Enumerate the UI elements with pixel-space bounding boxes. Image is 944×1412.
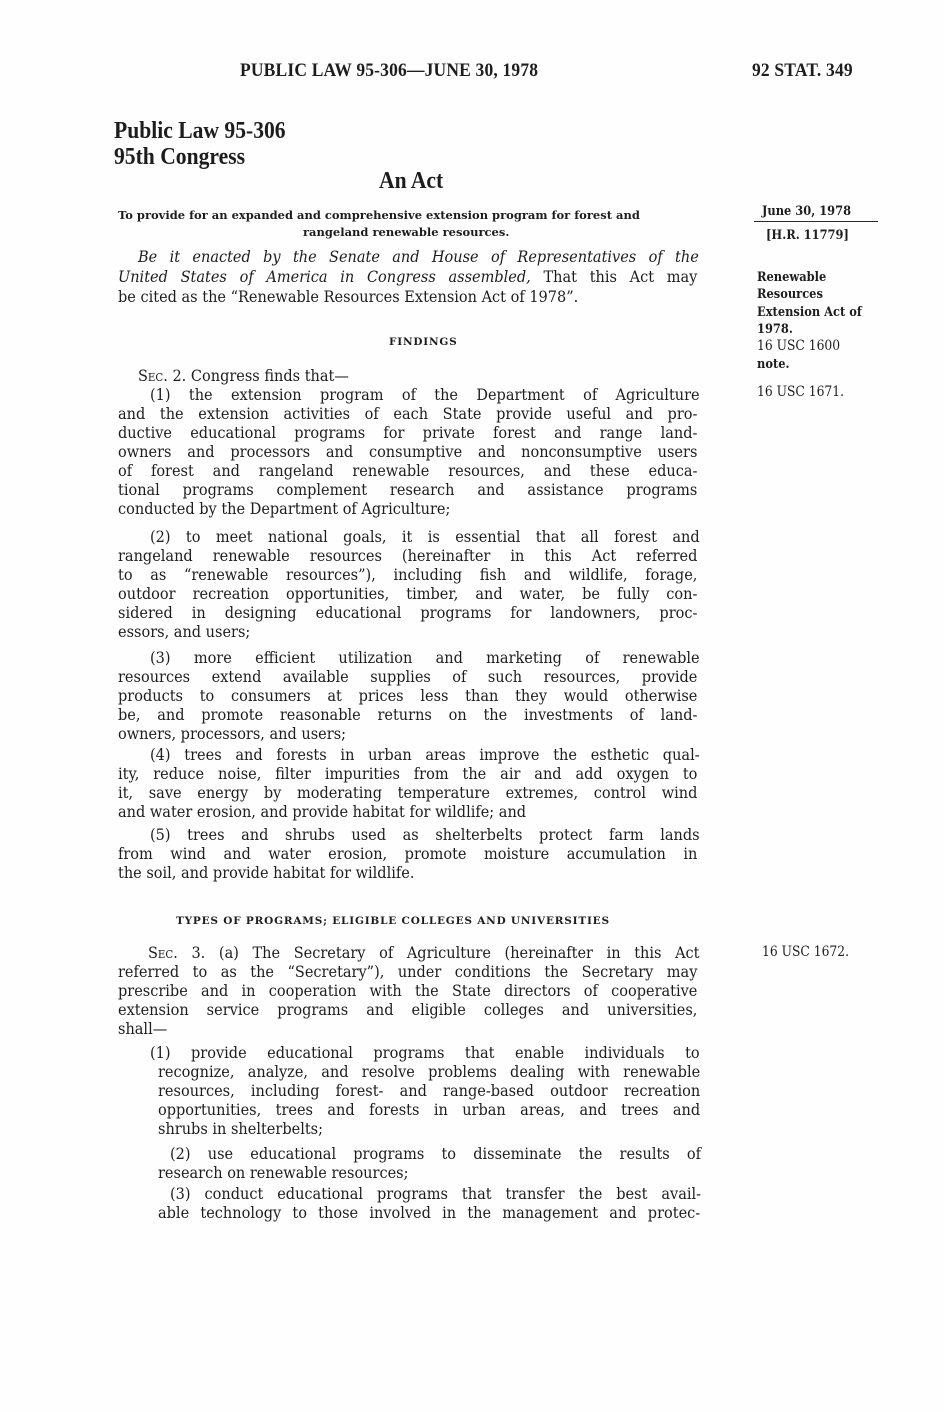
margin-bill-number: [H.R. 11779] (766, 227, 849, 244)
findings-line: the soil, and provide habitat for wildli… (118, 864, 697, 883)
findings-line: and the extension activities of each Sta… (118, 405, 697, 424)
sec3-line: prescribe and in cooperation with the St… (118, 982, 697, 1001)
findings-line: (1) the extension program of the Departm… (150, 386, 700, 405)
sec3-line: (2) use educational programs to dissemin… (170, 1145, 701, 1164)
findings-line: outdoor recreation opportunities, timber… (118, 585, 697, 604)
purpose-line-1: To provide for an expanded and comprehen… (118, 208, 640, 222)
sec3-line: (3) conduct educational programs that tr… (170, 1185, 701, 1204)
findings-line: (3) more efficient utilization and marke… (150, 649, 700, 668)
sec3-line: opportunities, trees and forests in urba… (158, 1101, 700, 1120)
findings-line: of forest and rangeland renewable resour… (118, 462, 697, 481)
findings-line: it, save energy by moderating temperatur… (118, 784, 697, 803)
findings-line: conducted by the Department of Agricultu… (118, 500, 697, 519)
act-heading: An Act (379, 168, 443, 195)
sec3-line: referred to as the “Secretary”), under c… (118, 963, 697, 982)
sec3-line: research on renewable resources; (158, 1164, 700, 1183)
margin-usc-note-1: 16 USC 1600 (757, 338, 840, 355)
margin-short-title-2: Resources (757, 286, 823, 303)
congress-label: 95th Congress (114, 143, 245, 171)
sec2-intro: Sec. 2. Congress finds that— (138, 367, 717, 386)
findings-line: and water erosion, and provide habitat f… (118, 803, 697, 822)
findings-line: sidered in designing educational program… (118, 604, 697, 623)
sec3-label: Sec. 3. (148, 944, 205, 962)
sec3-line: shrubs in shelterbelts; (158, 1120, 700, 1139)
enacting-clause-line-1: Be it enacted by the Senate and House of… (138, 248, 699, 267)
sec3-line: able technology to those involved in the… (158, 1204, 700, 1223)
margin-short-title-3: Extension Act of (757, 304, 862, 321)
document-page: PUBLIC LAW 95-306—JUNE 30, 1978 92 STAT.… (0, 0, 944, 1412)
findings-line: ity, reduce noise, filter impurities fro… (118, 765, 697, 784)
findings-line: (2) to meet national goals, it is essent… (150, 528, 700, 547)
sec3-line: recognize, analyze, and resolve problems… (158, 1063, 700, 1082)
findings-line: tional programs complement research and … (118, 481, 697, 500)
findings-line: to as “renewable resources”), including … (118, 566, 697, 585)
findings-line: be, and promote reasonable returns on th… (118, 706, 697, 725)
public-law-number: Public Law 95-306 (114, 117, 286, 145)
findings-line: essors, and users; (118, 623, 697, 642)
sec3-first-line: Sec. 3. (a) The Secretary of Agriculture… (148, 944, 699, 963)
margin-date: June 30, 1978 (762, 203, 851, 220)
enacting-clause-text: That this Act may (531, 268, 698, 286)
purpose-line-2: rangeland renewable resources. (303, 225, 509, 239)
margin-date-rule (754, 221, 878, 222)
findings-line: products to consumers at prices less tha… (118, 687, 697, 706)
margin-short-title-4: 1978. (757, 321, 793, 338)
sec3-line: resources, including forest- and range-b… (158, 1082, 700, 1101)
short-title-line: be cited as the “Renewable Resources Ext… (118, 288, 697, 307)
sec3-line: extension service programs and eligible … (118, 1001, 697, 1020)
findings-line: ductive educational programs for private… (118, 424, 697, 443)
findings-line: owners, processors, and users; (118, 725, 697, 744)
sec3-first-line-text: (a) The Secretary of Agriculture (herein… (205, 944, 699, 962)
findings-line: (4) trees and forests in urban areas imp… (150, 746, 700, 765)
enacting-formula-italic: Be it enacted by the Senate and House of… (138, 248, 699, 266)
margin-usc-note-2: note. (757, 356, 790, 373)
findings-line: rangeland renewable resources (hereinaft… (118, 547, 697, 566)
margin-short-title-1: Renewable (757, 269, 826, 286)
margin-cite-sec2: 16 USC 1671. (757, 384, 844, 401)
running-header-left: PUBLIC LAW 95-306—JUNE 30, 1978 (240, 60, 538, 82)
sec2-label: Sec. 2. (138, 367, 186, 385)
sec3-line: shall— (118, 1020, 697, 1039)
sec3-line: (1) provide educational programs that en… (150, 1044, 700, 1063)
findings-heading: FINDINGS (389, 336, 458, 348)
findings-line: resources extend available supplies of s… (118, 668, 697, 687)
findings-line: from wind and water erosion, promote moi… (118, 845, 697, 864)
findings-line: (5) trees and shrubs used as shelterbelt… (150, 826, 700, 845)
sec3-heading: TYPES OF PROGRAMS; ELIGIBLE COLLEGES AND… (176, 915, 610, 927)
findings-line: owners and processors and consumptive an… (118, 443, 697, 462)
sec2-intro-text: Congress finds that— (186, 367, 349, 385)
running-header-page-cite: 92 STAT. 349 (752, 60, 853, 82)
margin-cite-sec3: 16 USC 1672. (762, 944, 849, 961)
enacting-clause-line-2: United States of America in Congress ass… (118, 268, 697, 287)
enacting-formula-italic-2: United States of America in Congress ass… (118, 268, 531, 286)
